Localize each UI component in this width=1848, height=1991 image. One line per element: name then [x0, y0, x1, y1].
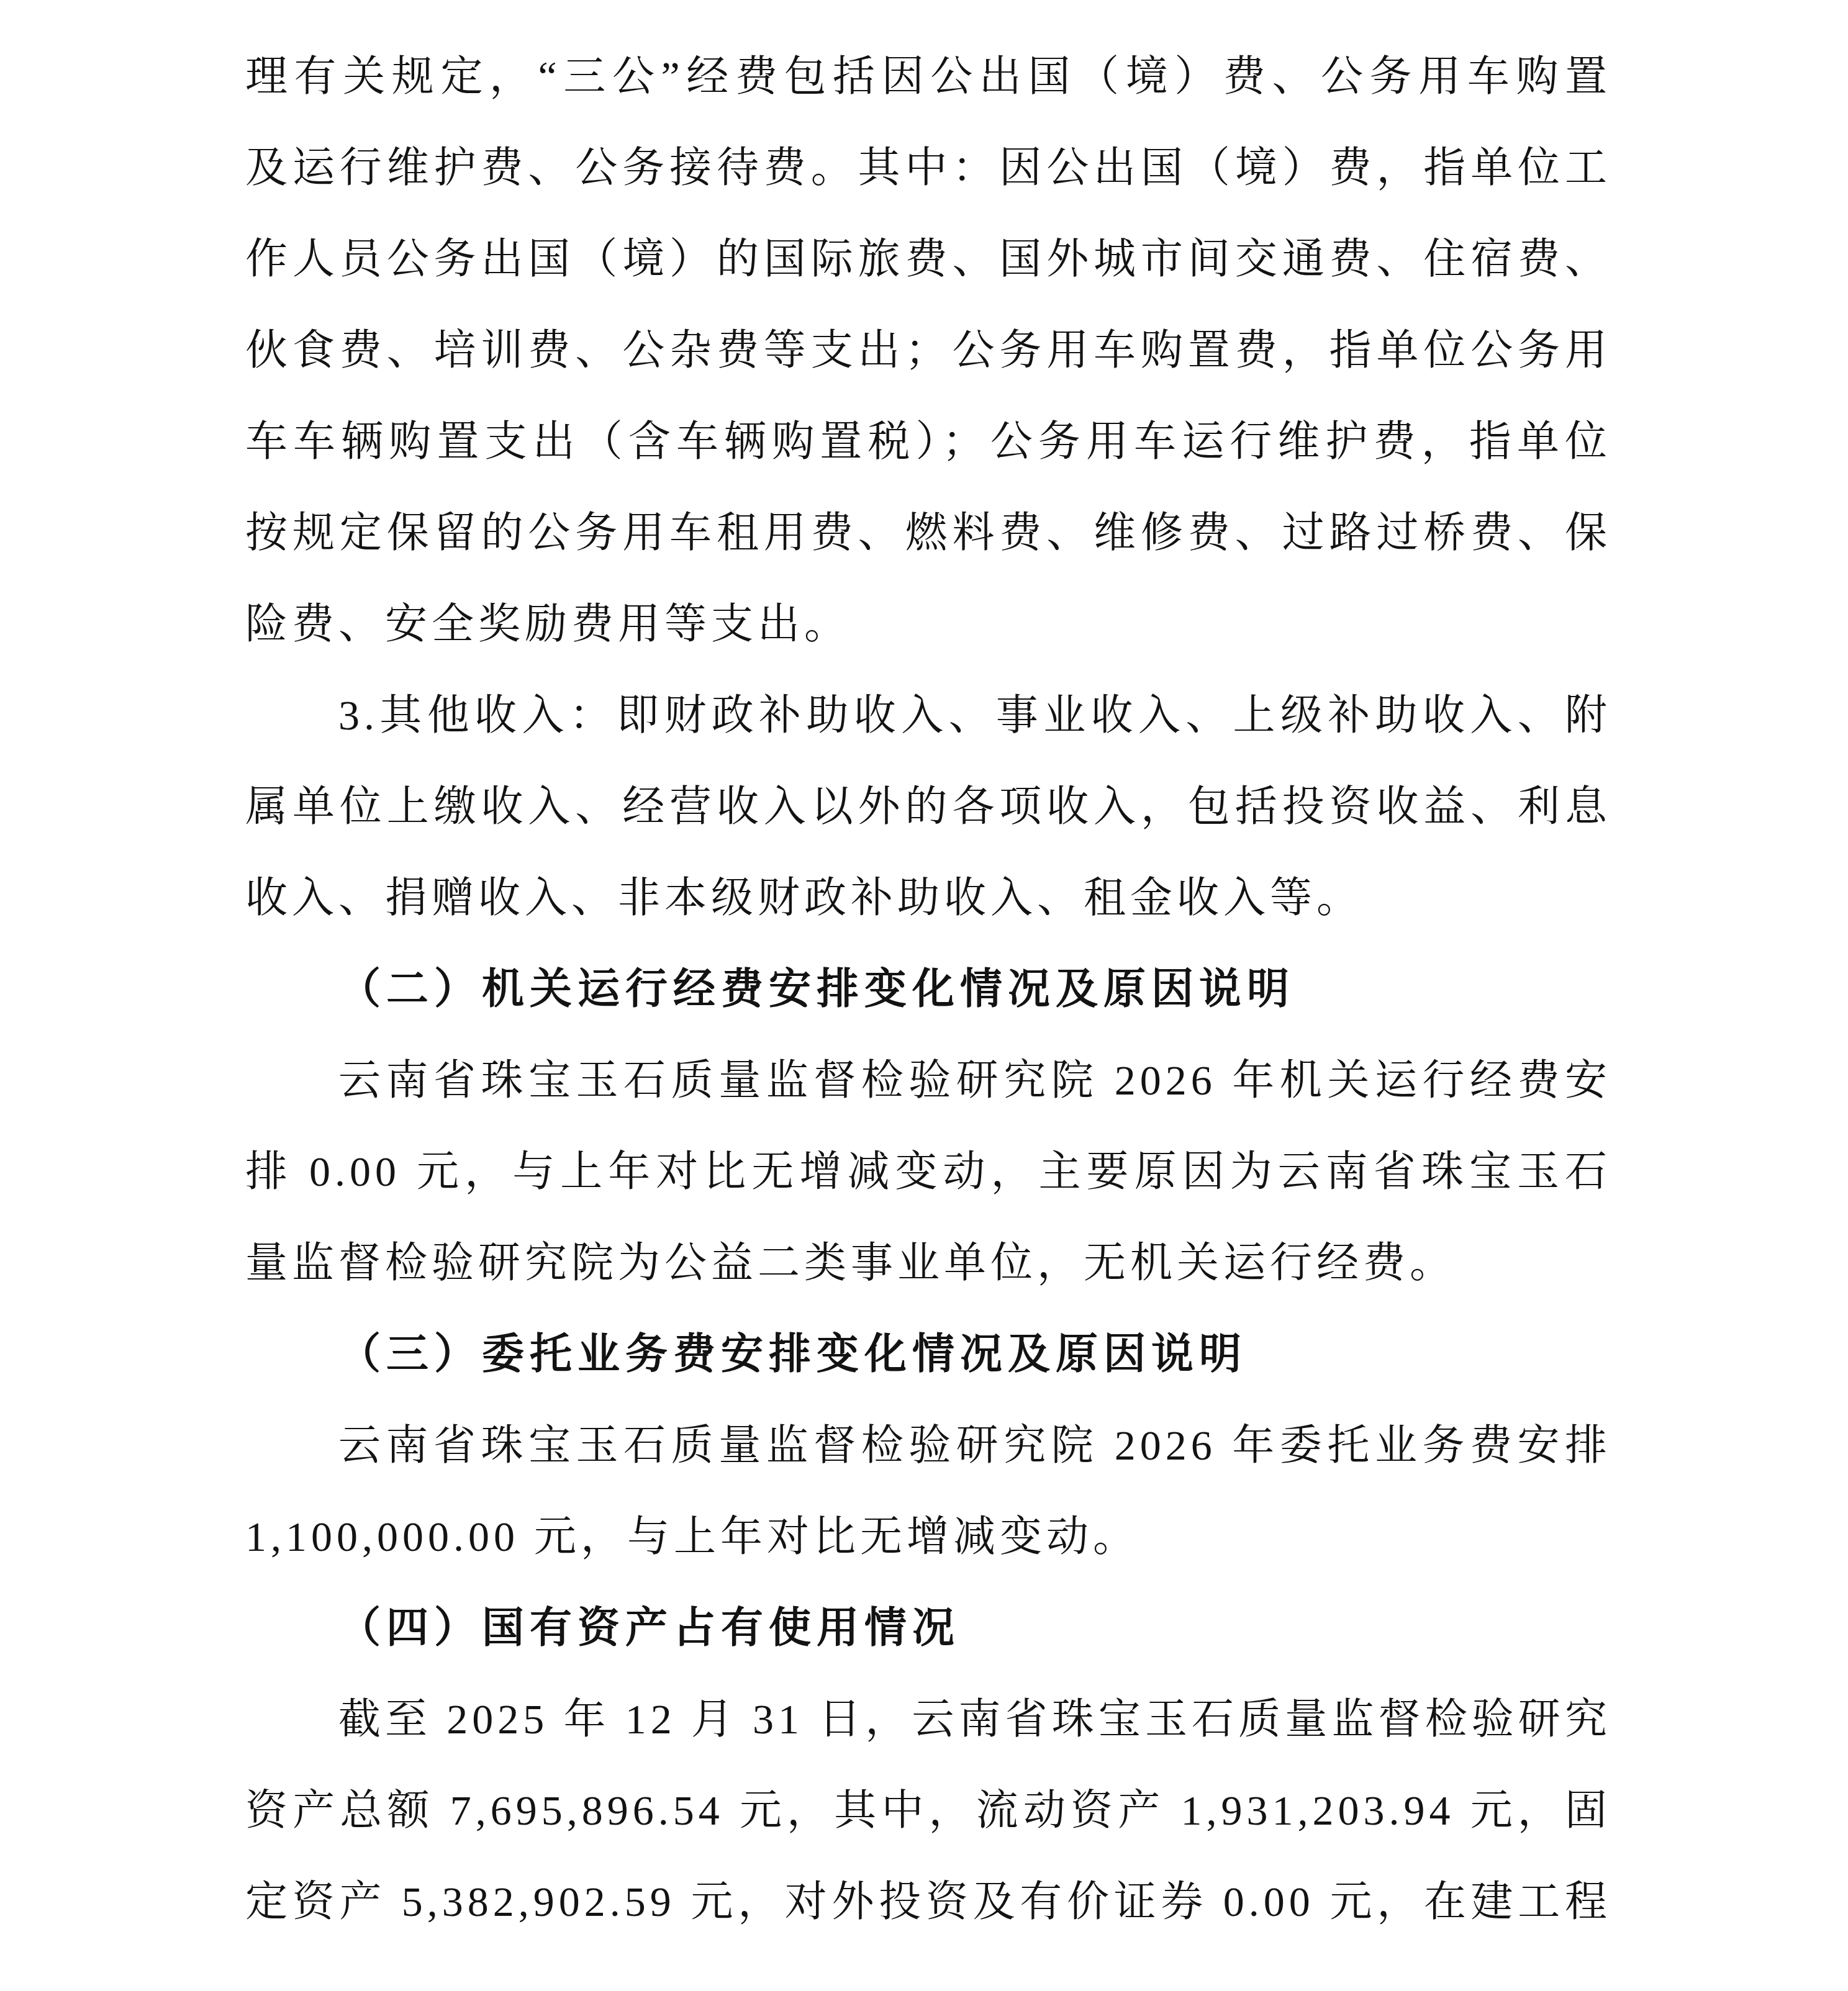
- section-heading-3: （三）委托业务费安排变化情况及原因说明: [245, 1309, 1611, 1400]
- body-line: 定资产 5,382,902.59 元，对外投资及有价证券 0.00 元，在建工程: [245, 1856, 1611, 1948]
- body-line: 险费、安全奖励费用等支出。: [245, 579, 1611, 670]
- body-line: 及运行维护费、公务接待费。其中：因公出国（境）费，指单位工: [245, 122, 1611, 214]
- body-line: 属单位上缴收入、经营收入以外的各项收入，包括投资收益、利息: [245, 761, 1611, 852]
- section-heading-4: （四）国有资产占有使用情况: [245, 1582, 1611, 1674]
- body-line: 3.其他收入：即财政补助收入、事业收入、上级补助收入、附: [245, 670, 1611, 761]
- body-line: 资产总额 7,695,896.54 元，其中，流动资产 1,931,203.94…: [245, 1765, 1611, 1856]
- body-line: 截至 2025 年 12 月 31 日，云南省珠宝玉石质量监督检验研究院: [245, 1674, 1611, 1765]
- body-line: 车车辆购置支出（含车辆购置税）；公务用车运行维护费，指单位: [245, 396, 1611, 487]
- body-line: 伙食费、培训费、公杂费等支出；公务用车购置费，指单位公务用: [245, 305, 1611, 396]
- body-line: 按规定保留的公务用车租用费、燃料费、维修费、过路过桥费、保: [245, 487, 1611, 579]
- body-line: 作人员公务出国（境）的国际旅费、国外城市间交通费、住宿费、: [245, 214, 1611, 305]
- body-line: 收入、捐赠收入、非本级财政补助收入、租金收入等。: [245, 852, 1611, 944]
- section-heading-2: （二）机关运行经费安排变化情况及原因说明: [245, 944, 1611, 1035]
- document-page: 理有关规定，“三公”经费包括因公出国（境）费、公务用车购置 及运行维护费、公务接…: [0, 0, 1848, 1991]
- body-line: 1,100,000.00 元，与上年对比无增减变动。: [245, 1491, 1611, 1582]
- body-line: 云南省珠宝玉石质量监督检验研究院 2026 年机关运行经费安: [245, 1035, 1611, 1126]
- body-line: 量监督检验研究院为公益二类事业单位，无机关运行经费。: [245, 1217, 1611, 1309]
- body-line: 云南省珠宝玉石质量监督检验研究院 2026 年委托业务费安排: [245, 1400, 1611, 1491]
- body-line: 排 0.00 元，与上年对比无增减变动，主要原因为云南省珠宝玉石质: [245, 1126, 1611, 1217]
- body-line: 理有关规定，“三公”经费包括因公出国（境）费、公务用车购置: [245, 31, 1611, 122]
